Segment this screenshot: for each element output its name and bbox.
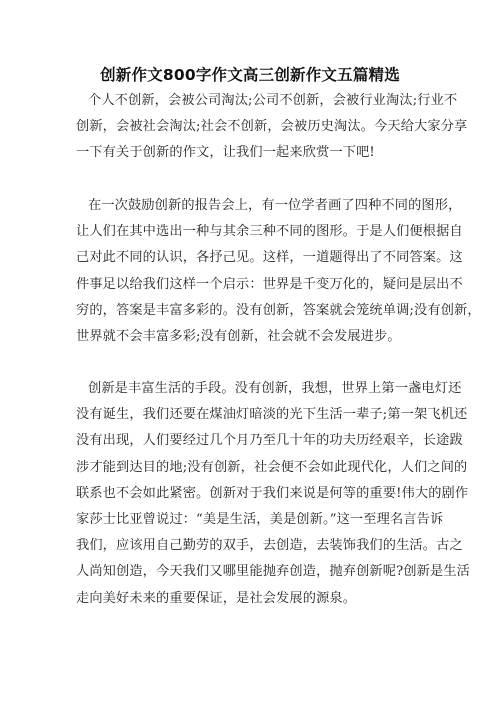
paragraph-intro: 个人不创新，会被公司淘汰;公司不创新，会被行业淘汰;行业不 创新，会被社会淘汰;… (76, 88, 432, 167)
paragraph-innovation-enriches-life: 创新是丰富生活的手段。没有创新，我想，世界上第一盏电灯还 没有诞生，我们还要在煤… (76, 376, 432, 612)
text-line: 一下有关于创新的作文，让我们一起来欣赏一下吧! (76, 140, 432, 166)
text-line: 涉才能到达目的地;没有创新，社会便不会如此现代化，人们之间的 (76, 455, 432, 481)
text-line: 让人们在其中选出一种与其余三种不同的图形。于是人们便根据自 (76, 219, 432, 245)
text-line: 穷的，答案是丰富多彩的。没有创新，答案就会笼统单调;没有创新， (76, 298, 432, 324)
text-line: 我们，应该用自己勤劳的双手，去创造，去装饰我们的生活。古之 (76, 533, 432, 559)
text-line: 走向美好未来的重要保证，是社会发展的源泉。 (76, 586, 432, 612)
text-line: 在一次鼓励创新的报告会上，有一位学者画了四种不同的图形， (76, 193, 432, 219)
document-page: 创新作文800字作文高三创新作文五篇精选 个人不创新，会被公司淘汰;公司不创新，… (0, 0, 500, 708)
text-line: 人尚知创造，今天我们又哪里能抛弃创造，抛弃创新呢?创新是生活 (76, 559, 432, 585)
text-line: 家莎士比亚曾说过：“美是生活，美是创新。”这一至理名言告诉 (76, 507, 432, 533)
text-line: 联系也不会如此紧密。创新对于我们来说是何等的重要!伟大的剧作 (76, 481, 432, 507)
text-line: 件事足以给我们这样一个启示：世界是千变万化的，疑问是层出不 (76, 272, 432, 298)
text-line: 个人不创新，会被公司淘汰;公司不创新，会被行业淘汰;行业不 (76, 88, 432, 114)
paragraph-report-meeting: 在一次鼓励创新的报告会上，有一位学者画了四种不同的图形， 让人们在其中选出一种与… (76, 193, 432, 350)
text-line: 没有出现，人们要经过几个月乃至几十年的功夫历经艰辛，长途跋 (76, 428, 432, 454)
text-line: 没有诞生，我们还要在煤油灯暗淡的光下生活一辈子;第一架飞机还 (76, 402, 432, 428)
document-title: 创新作文800字作文高三创新作文五篇精选 (0, 64, 500, 86)
text-line: 创新是丰富生活的手段。没有创新，我想，世界上第一盏电灯还 (76, 376, 432, 402)
text-line: 己对此不同的认识，各抒己见。这样，一道题得出了不同答案。这 (76, 245, 432, 271)
text-line: 创新，会被社会淘汰;社会不创新，会被历史淘汰。今天给大家分享 (76, 114, 432, 140)
text-line: 世界就不会丰富多彩;没有创新，社会就不会发展进步。 (76, 324, 432, 350)
